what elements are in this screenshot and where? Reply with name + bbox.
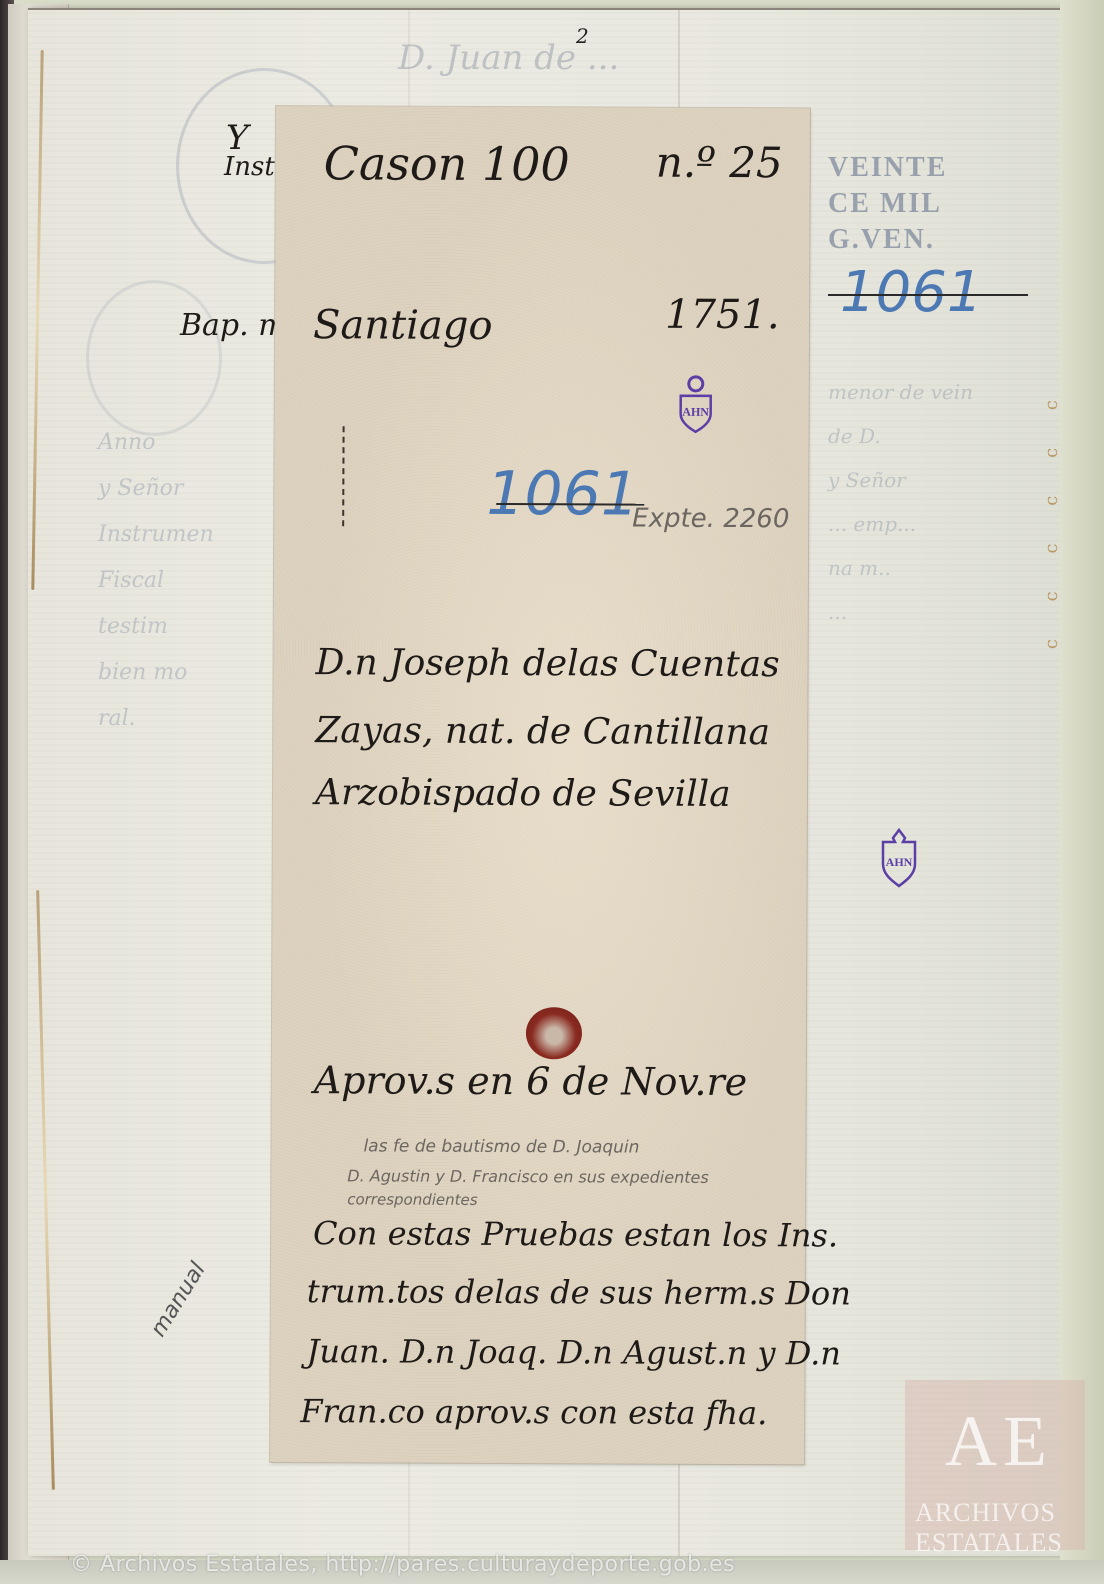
copyright-notice: © Archivos Estatales, http://pares.cultu… — [70, 1552, 735, 1577]
label-approval-line: Aprov.s en 6 de Nov.re — [314, 1058, 748, 1104]
ghost-text-left: Annoy SeñorInstrumenFiscaltestimbien mor… — [98, 420, 214, 742]
strikethrough-line — [828, 294, 1028, 296]
pencil-note-line-2: D. Agustin y D. Francisco en sus expedie… — [347, 1166, 708, 1187]
label-place: Santiago — [313, 302, 493, 349]
label-catalog-number-blue: 1061 — [486, 459, 639, 530]
label-cason: Cason 100 — [324, 136, 570, 191]
watermark-logo-letters: AE — [945, 1400, 1053, 1483]
ghost-text-right: menor de veinde D.y Señor... emp...na m.… — [828, 370, 973, 634]
label-closing-line-3: Juan. D.n Joaq. D.n Agust.n y D.n — [306, 1332, 841, 1372]
watermark-logo-text: ARCHIVOS ESTATALES — [915, 1498, 1085, 1558]
archivos-estatales-watermark: AE ARCHIVOS ESTATALES — [905, 1380, 1085, 1550]
scanned-document-viewport: Annoy SeñorInstrumenFiscaltestimbien mor… — [0, 0, 1104, 1584]
wax-seal — [526, 1007, 582, 1059]
pasted-catalog-label: Cason 100 n.º 25 Santiago 1751. AHN 1061… — [270, 106, 810, 1464]
right-page-edge — [1060, 0, 1104, 1584]
margin-note-manual: manual — [146, 1258, 211, 1341]
printed-stamp-text: VEINTE CE MIL G.VEN. — [828, 150, 947, 258]
svg-text:AHN: AHN — [886, 855, 913, 869]
label-expediente-ref: Expte. 2260 — [632, 504, 789, 535]
ahn-stamp-icon: AHN — [876, 826, 922, 888]
label-name-line-3: Arzobispado de Sevilla — [315, 772, 731, 815]
label-closing-line-1: Con estas Pruebas estan los Ins. — [313, 1214, 838, 1254]
faded-seal — [86, 280, 222, 436]
folio-number: 2 — [576, 24, 589, 48]
label-year: 1751. — [665, 292, 780, 338]
svg-text:AHN: AHN — [682, 405, 709, 419]
label-closing-line-2: trum.tos delas de sus herm.s Don — [307, 1272, 851, 1312]
dash-mark — [342, 426, 346, 526]
label-name-line-1: D.n Joseph delas Cuentas — [315, 642, 779, 685]
pencil-note-line-3: correspondientes — [347, 1190, 477, 1209]
catalog-number-outer: 1061 — [840, 260, 983, 325]
pencil-note-line-1: las fe de bautismo de D. Joaquin — [363, 1136, 639, 1157]
binding-thread — [36, 890, 55, 1490]
right-edge-notes: ɔ ɔ ɔ ɔ ɔ ɔ — [1034, 400, 1064, 1300]
binding-thread — [31, 50, 43, 590]
label-closing-line-4: Fran.co aprov.s con esta fha. — [300, 1392, 767, 1432]
ahn-stamp-icon: AHN — [673, 374, 719, 436]
label-number: n.º 25 — [656, 138, 783, 188]
label-name-line-2: Zayas, nat. de Cantillana — [315, 710, 770, 753]
